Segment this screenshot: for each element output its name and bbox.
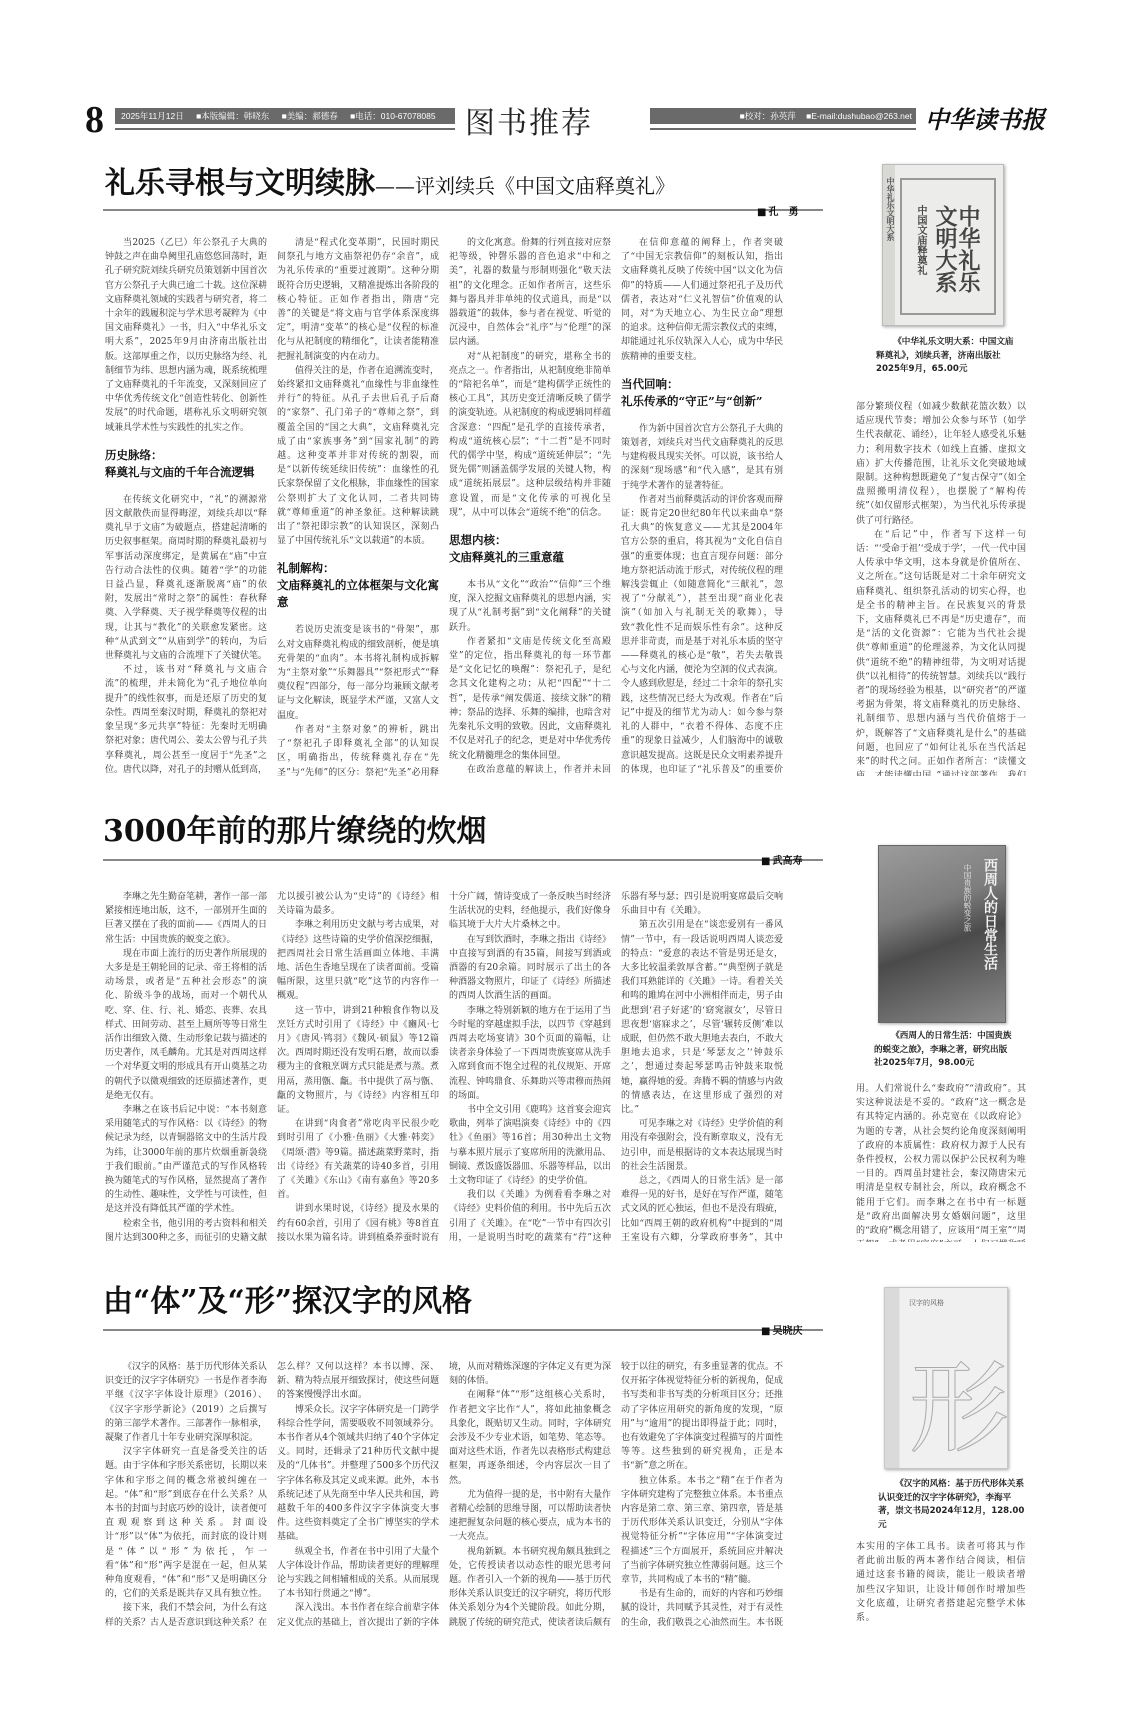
article-column: 当2025（乙巳）年公祭孔子大典的钟鼓之声在曲阜阙里孔庙悠悠回荡时，距孔子研究院… [105, 236, 267, 776]
byline: 孔 勇 [757, 203, 798, 218]
headline-rule [103, 209, 823, 211]
paragraph: 清是“程式化变革期”，民国时期民间祭孔与地方文庙祭祀仍存“余音”，成为礼乐传承的… [277, 236, 439, 364]
paragraph: 用。人们常说什么“秦政府”“清政府”。其实这种说法是不妥的。“政府”这一概念是有… [856, 1082, 1026, 1242]
article-column: 较于以往的研究，有多重显著的优点。不仅开拓字体视觉特征分析的新视角，促成书写类和… [621, 1360, 783, 1630]
editor-credit: ■本版编辑：韩晓东 [196, 111, 269, 121]
paragraph: 部分繁琐仪程（如减少数献花篮次数）以适应现代节奏；增加公众参与环节（如学生代表献… [856, 400, 1026, 528]
divider [650, 128, 916, 130]
proofreader-credit: ■校对：孙英萍 [740, 111, 796, 121]
paragraph: 十分广阔，情诗变成了一条反映当时经济生活状况的史料，经他提示，我们好像身临其境于… [449, 890, 611, 933]
issue-date: 2025年11月12日 [121, 111, 184, 121]
paragraph: 纵观全书，作者在书中引用了大量个人字体设计作品，帮助读者更好的理解理论与实践之间… [277, 1545, 439, 1602]
page-number: 8 [85, 98, 104, 142]
byline: 武高寿 [761, 852, 802, 867]
paragraph: 怎么样？又何以这样？本书以博、深、新、精为特点展开细致探讨，使这些问题的答案慢慢… [277, 1360, 439, 1403]
paragraph: 检索全书，他引用的考古资料和相关图片达到300种之多，而征引的史籍文献亦近百种，… [105, 1217, 267, 1242]
paragraph: 不过，该书对“释奠礼与文庙合流”的梳理，并未简化为“孔子地位单向提升”的线性叙事… [105, 663, 267, 776]
paragraph: 李琳之特别新颖的地方在于运用了当今时髦的穿越虚拟手法，以四节《穿越到西周去吃场宴… [449, 1004, 611, 1103]
paragraph: 这一节中，讲到21种粮食作物以及烹饪方式时引用了《诗经》中《豳风·七月》《唐风·… [277, 1004, 439, 1118]
paragraph: 作者对当前释奠活动的评价客观而辩证：既肯定20世纪80年代以来曲阜“祭孔大典”的… [621, 493, 783, 776]
book-caption: 《中华礼乐文明大系：中国文庙释奠礼》，刘续兵著，济南出版社2025年9月，65.… [876, 336, 1022, 377]
article-headline: 礼乐寻根与文明续脉——评刘续兵《中国文庙释奠礼》 [105, 158, 675, 202]
paragraph: 本实用的字体工具书。读者可将其与作者此前出版的两本著作结合阅读，相信通过这套书籍… [856, 1540, 1026, 1625]
paragraph: 在传统文化研究中，“礼”的溯源常因文献散佚而显得晦涩，刘续兵却以“释奠礼早于文庙… [105, 493, 267, 663]
article-column: 境，从而对精炼深邃的字体定义有更为深刻的体悟。 在阐释“体”“形”这组核心关系时… [449, 1360, 611, 1630]
paragraph: 我们以《关雎》为例看看李琳之对《诗经》史料价值的利用。书中先后五次引用了《关雎》… [449, 1188, 611, 1242]
article-column: 乐器有琴与瑟；四引是说明宴席最后交响乐曲目中有《关雎》。 第五次引用是在“谈恋爱… [621, 890, 783, 1242]
paragraph: 在写到饮酒时，李琳之指出《诗经》中直接写到酒的有35篇，间接写到酒或酒器的有20… [449, 933, 611, 1004]
masthead-info-bar-left: 2025年11月12日 ■本版编辑：韩晓东 ■美编：郝德春 ■电话：010-67… [115, 108, 455, 124]
cover-title: 西周人的日常生活 [982, 858, 997, 970]
article-headline: 由“体”及“形”探汉字的风格 [103, 1276, 472, 1320]
headline-subtitle: ——评刘续兵《中国文庙释奠礼》 [375, 174, 675, 198]
headline-rule [103, 1329, 823, 1331]
divider [115, 128, 455, 130]
section-heading: 思想内核： 文庙释奠礼的三重意蕴 [449, 532, 611, 566]
headline-main: 礼乐寻根与文明续脉 [105, 166, 375, 201]
paragraph: 在政治意蕴的解读上，作者并未回避“礼制服务于国家治理”的本质，而是明确指出了“工… [449, 763, 611, 776]
paragraph: 尤为值得一提的是，书中附有大量作者精心绘制的思维导图，可以帮助读者快速把握复杂问… [449, 1488, 611, 1545]
paragraph: 乐器有琴与瑟；四引是说明宴席最后交响乐曲目中有《关雎》。 [621, 890, 783, 918]
paragraph: 作者对“主祭对象”的辨析，跳出了“祭祀孔子即释奠礼全部”的认知误区，明确指出，传… [277, 723, 439, 776]
paragraph: 对“从祀制度”的研究，堪称全书的亮点之一。作者指出，从祀制度绝非简单的“陪祀名单… [449, 350, 611, 520]
book-cover-image: 中华礼乐文明大系 中国文庙释奠礼 中华礼乐文明大系 [882, 164, 1004, 326]
paragraph: 若说历史流变是该书的“骨架”，那么对文庙释奠礼构成的细致剖析，便是填充骨架的“血… [277, 623, 439, 722]
paragraph: 在讲到“肉食者”常吃肉平民很少吃到时引用了《小雅·鱼丽》《大雅·韩奕》《周颂·潜… [277, 1117, 439, 1202]
section-title: 图书推荐 [465, 98, 593, 142]
paragraph: 尤以援引被公认为“史诗”的《诗经》相关诗篇为最多。 [277, 890, 439, 918]
paragraph: 本书从“文化”“政治”“信仰”三个维度，深入挖掘文庙释奠礼的思想内涵，实现了从“… [449, 578, 611, 635]
newspaper-logo: 中华读书报 [925, 100, 1045, 135]
paragraph: 在阐释“体”“形”这组核心关系时，作者把文字比作“人”，将如此抽象概念具象化，既… [449, 1388, 611, 1487]
paragraph: 的文化寓意。佾舞的行列直接对应祭祀等级，钟磬乐器的音色追求“中和之美”，礼器的数… [449, 236, 611, 350]
cover-title: 中华礼乐文明大系 [933, 205, 979, 305]
cover-spine-text: 中华礼乐文明大系 [886, 177, 897, 317]
page-masthead: 8 2025年11月12日 ■本版编辑：韩晓东 ■美编：郝德春 ■电话：010-… [85, 104, 1045, 134]
paragraph: 值得关注的是，作者在追溯流变时，始终紧扣文庙释奠礼“血缘性与非血缘性并行”的特征… [277, 364, 439, 549]
paragraph: 李琳之利用历史文献与考古成果，对《诗经》这些诗篇的史学价值深挖细掘，把西周社会日… [277, 918, 439, 1003]
book-caption: 《西周人的日常生活：中国贵族的蜕变之旅》，李琳之著，研究出版社2025年7月，9… [874, 1030, 1014, 1071]
paragraph: 在信仰意蕴的阐释上，作者突破了“中国无宗教信仰”的刻板认知，指出文庙释奠礼反映了… [621, 236, 783, 364]
article-column: 李琳之先生勤奋笔耕，著作一部一部紧接相连地出版，这不，一部别开生面的巨著又摆在了… [105, 890, 267, 1242]
paragraph: 书是有生命的，而好的内容和巧妙细腻的设计，共同赋予其灵性，对于有灵性的生命，我们… [621, 1587, 783, 1630]
article-column: 清是“程式化变革期”，民国时期民间祭孔与地方文庙祭祀仍存“余音”，成为礼乐传承的… [277, 236, 439, 776]
cover-glyph: 形 [909, 1328, 1009, 1472]
section-heading: 当代回响： 礼乐传承的“守正”与“创新” [621, 376, 783, 410]
article-column: 在信仰意蕴的阐释上，作者突破了“中国无宗教信仰”的刻板认知，指出文庙释奠礼反映了… [621, 236, 783, 776]
paragraph: 汉字字体研究一直是备受关注的话题。由于字体和字形关系密切，长期以来字体和字形之间… [105, 1445, 267, 1601]
paragraph: 第五次引用是在“谈恋爱别有一番风情”一节中，有一段话说明西周人谈恋爱的特点：“爱… [621, 918, 783, 1117]
paragraph: 较于以往的研究，有多重显著的优点。不仅开拓字体视觉特征分析的新视角，促成书写类和… [621, 1360, 783, 1474]
paragraph: 接下来，我们不禁会问，为什么有这样的关系？古人是否意识到这种关系？在这种关系下，… [105, 1601, 267, 1630]
article-column: 十分广阔，情诗变成了一条反映当时经济生活状况的史料，经他提示，我们好像身临其境于… [449, 890, 611, 1242]
article-column: 怎么样？又何以这样？本书以博、深、新、精为特点展开细致探讨，使这些问题的答案慢慢… [277, 1360, 439, 1630]
book-cover-image: 汉字的风格 形 [884, 1287, 1008, 1469]
paragraph: 李琳之先生勤奋笔耕，著作一部一部紧接相连地出版，这不，一部别开生面的巨著又摆在了… [105, 890, 267, 947]
paragraph: 讲到水果时说，《诗经》提及水果的约有60余首，引用了《园有桃》等8首直接以水果为… [277, 1202, 439, 1242]
email-contact: ■E-mail:dushubao@263.net [806, 111, 912, 121]
article-column: 部分繁琐仪程（如减少数献花篮次数）以适应现代节奏；增加公众参与环节（如学生代表献… [856, 400, 1026, 776]
masthead-info-bar-right: ■校对：孙英萍 ■E-mail:dushubao@263.net [650, 108, 916, 124]
byline: 吴晓庆 [761, 1322, 802, 1337]
article-column: 的文化寓意。佾舞的行列直接对应祭祀等级，钟磬乐器的音色追求“中和之美”，礼器的数… [449, 236, 611, 776]
designer-credit: ■美编：郝德春 [282, 111, 338, 121]
paragraph: 作为新中国首次官方公祭孔子大典的策划者，刘续兵对当代文庙释奠礼的反思与建构极具现… [621, 422, 783, 493]
paragraph: 独立体系。本书之“精”在于作者为字体研究建构了完整独立体系。本书重点内容是第二章… [621, 1474, 783, 1588]
article-column: 本实用的字体工具书。读者可将其与作者此前出版的两本著作结合阅读，相信通过这套书籍… [856, 1540, 1026, 1630]
paragraph: 书中全文引用《鹿鸣》这首宴会迎宾歌曲，列举了演唱演奏《诗经》中的《四牡》《鱼丽》… [449, 1103, 611, 1188]
paragraph: 可见李琳之对《诗经》史学价值的利用没有牵强附会，没有断章取义，没有无边引申，而是… [621, 1117, 783, 1174]
article-column: 尤以援引被公认为“史诗”的《诗经》相关诗篇为最多。 李琳之利用历史文献与考古成果… [277, 890, 439, 1242]
paragraph: 博采众长。汉字字体研究是一门跨学科综合性学问，需要吸收不同领域养分。本书作者从4… [277, 1403, 439, 1545]
book-caption: 《汉字的风格：基于历代形体关系认识变迁的汉字字体研究》，李海平著，崇文书局202… [878, 1478, 1028, 1532]
cover-title: 汉字的风格 [909, 1298, 944, 1308]
article-column: 用。人们常说什么“秦政府”“清政府”。其实这种说法是不妥的。“政府”这一概念是有… [856, 1082, 1026, 1242]
paragraph: 当2025（乙巳）年公祭孔子大典的钟鼓之声在曲阜阙里孔庙悠悠回荡时，距孔子研究院… [105, 236, 267, 435]
paragraph: 李琳之在该书后记中说：“本书刻意采用随笔式的写作风格：以《诗经》的物候记录为经，… [105, 1103, 267, 1217]
article-column: 《汉字的风格：基于历代形体关系认识变迁的汉字字体研究》一书是作者李海平继《汉字字… [105, 1360, 267, 1630]
cover-subtitle: 中国贵族的蜕变之旅 [962, 864, 973, 932]
paragraph: 《汉字的风格：基于历代形体关系认识变迁的汉字字体研究》一书是作者李海平继《汉字字… [105, 1360, 267, 1445]
paragraph: 总之，《西周人的日常生活》是一部难得一见的好书，是好在写作严谨，随笔式文风的匠心… [621, 1174, 783, 1242]
article-headline: 3000年前的那片缭绕的炊烟 [103, 806, 487, 850]
paragraph: 深入浅出。本书作者在综合前辈字体定义优点的基础上，首次提出了新的字体定义。他从文… [277, 1601, 439, 1630]
section-heading: 礼制解构： 文庙释奠礼的立体框架与文化寓意 [277, 560, 439, 611]
paragraph: 作者紧扣“文庙是传统文化至高殿堂”的定位，指出释奠礼的每一环节都是“文化记忆的唤… [449, 635, 611, 763]
paragraph: 境，从而对精炼深邃的字体定义有更为深刻的体悟。 [449, 1360, 611, 1388]
paragraph: 视角新颖。本书研究视角颇具独到之处，它传授读者以动态性的眼光思考问题。作者引入一… [449, 1545, 611, 1630]
book-cover-image: 西周人的日常生活 中国贵族的蜕变之旅 [878, 845, 1006, 1023]
phone-number: ■电话：010-67078085 [350, 111, 435, 121]
headline-rule [103, 859, 823, 861]
section-heading: 历史脉络： 释奠礼与文庙的千年合流逻辑 [105, 447, 267, 481]
paragraph: 现在市面上流行的历史著作所展现的大多是是王朝轮回的记录、帝王将相的活动场景，或者… [105, 947, 267, 1103]
paragraph: 在“后记”中，作者写下这样一句话：“‘受命于祖’‘受成于学’，一代一代中国人传承… [856, 528, 1026, 776]
cover-subtitle: 中国文庙释奠礼 [915, 205, 926, 275]
